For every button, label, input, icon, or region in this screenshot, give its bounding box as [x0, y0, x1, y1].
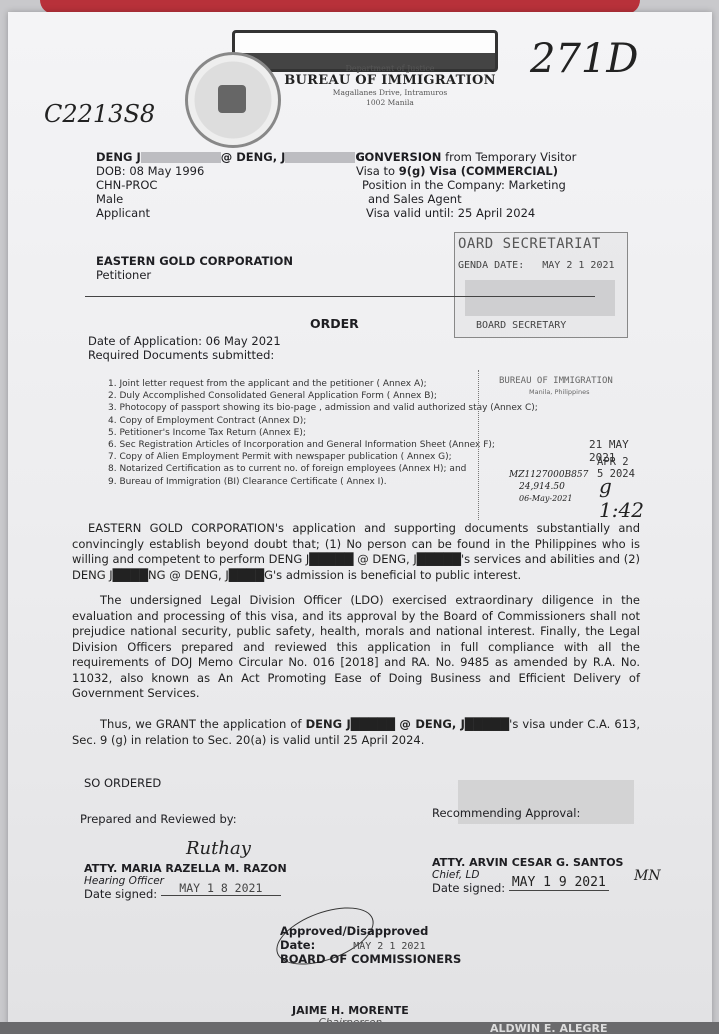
stamp-title: OARD SECRETARIAT [458, 236, 601, 252]
commissioner-name-partial: ALDWIN E. ALEGRE [490, 1022, 608, 1034]
handwritten-ref: 271D [530, 36, 638, 82]
board-decision-block: Approved/Disapproved Date: MAY 2 1 2021 … [280, 924, 461, 966]
document-item: 8. Notarized Certification as to current… [108, 463, 538, 475]
petitioner-name: EASTERN GOLD CORPORATION [96, 254, 293, 268]
agency-name: BUREAU OF IMMIGRATION [280, 73, 500, 88]
hearing-officer-signature: Ruthay [186, 838, 251, 859]
document-item: 6. Sec Registration Articles of Incorpor… [108, 439, 538, 451]
paragraph-grant: Thus, we GRANT the application of DENG J… [72, 717, 640, 748]
chief-block: ATTY. ARVIN CESAR G. SANTOS Chief, LD Da… [432, 856, 623, 897]
so-ordered: SO ORDERED [84, 776, 161, 790]
divider [85, 296, 595, 297]
order-title: ORDER [310, 316, 359, 331]
bureau-seal-icon [185, 52, 281, 148]
applicant-nationality: CHN-PROC [96, 178, 365, 192]
document-item: 4. Copy of Employment Contract (Annex D)… [108, 415, 538, 427]
stamp-shading [465, 280, 615, 316]
letterhead: Department of Justice BUREAU OF IMMIGRAT… [280, 64, 500, 108]
applicant-sex: Male [96, 192, 365, 206]
board-secretary-label: BOARD SECRETARY [476, 320, 566, 331]
paragraph-ldo: The undersigned Legal Division Officer (… [72, 593, 640, 702]
bi-approval-stamp: BUREAU OF IMMIGRATION Manila, Philippine… [478, 370, 639, 520]
application-info: Date of Application: 06 May 2021 Require… [88, 334, 281, 362]
applicant-name: DENG J@ DENG, JG [96, 150, 365, 164]
applicant-block: DENG J@ DENG, JG DOB: 08 May 1996 CHN-PR… [96, 150, 365, 220]
conversion-block: CONVERSION from Temporary Visitor Visa t… [356, 150, 576, 220]
applicant-dob: DOB: 08 May 1996 [96, 164, 365, 178]
document-item: 2. Duly Accomplished Consolidated Genera… [108, 390, 538, 402]
document-item: 9. Bureau of Immigration (BI) Clearance … [108, 476, 538, 488]
chief-initials: MN [634, 868, 661, 884]
document-item: 5. Petitioner's Income Tax Return (Annex… [108, 427, 538, 439]
recommending-label: Recommending Approval: [432, 806, 580, 820]
agenda-date: GENDA DATE: MAY 2 1 2021 [458, 260, 615, 271]
applicant-role: Applicant [96, 206, 365, 220]
bottom-shadow [0, 1022, 719, 1034]
department-name: Department of Justice [280, 64, 500, 73]
document-item: 3. Photocopy of passport showing its bio… [108, 402, 538, 414]
address-line1: Magallanes Drive, Intramuros [280, 88, 500, 98]
documents-list: 1. Joint letter request from the applica… [108, 378, 538, 488]
petitioner-role: Petitioner [96, 268, 293, 282]
document-item: 1. Joint letter request from the applica… [108, 378, 538, 390]
hearing-officer-block: ATTY. MARIA RAZELLA M. RAZON Hearing Off… [84, 862, 287, 902]
document-item: 7. Copy of Alien Employment Permit with … [108, 451, 538, 463]
prepared-by-label: Prepared and Reviewed by: [80, 812, 237, 826]
address-line2: 1002 Manila [280, 98, 500, 108]
petitioner-block: EASTERN GOLD CORPORATION Petitioner [96, 254, 293, 282]
handwritten-case-number: C2213S8 [44, 100, 155, 128]
paragraph-findings: EASTERN GOLD CORPORATION's application a… [72, 521, 640, 583]
